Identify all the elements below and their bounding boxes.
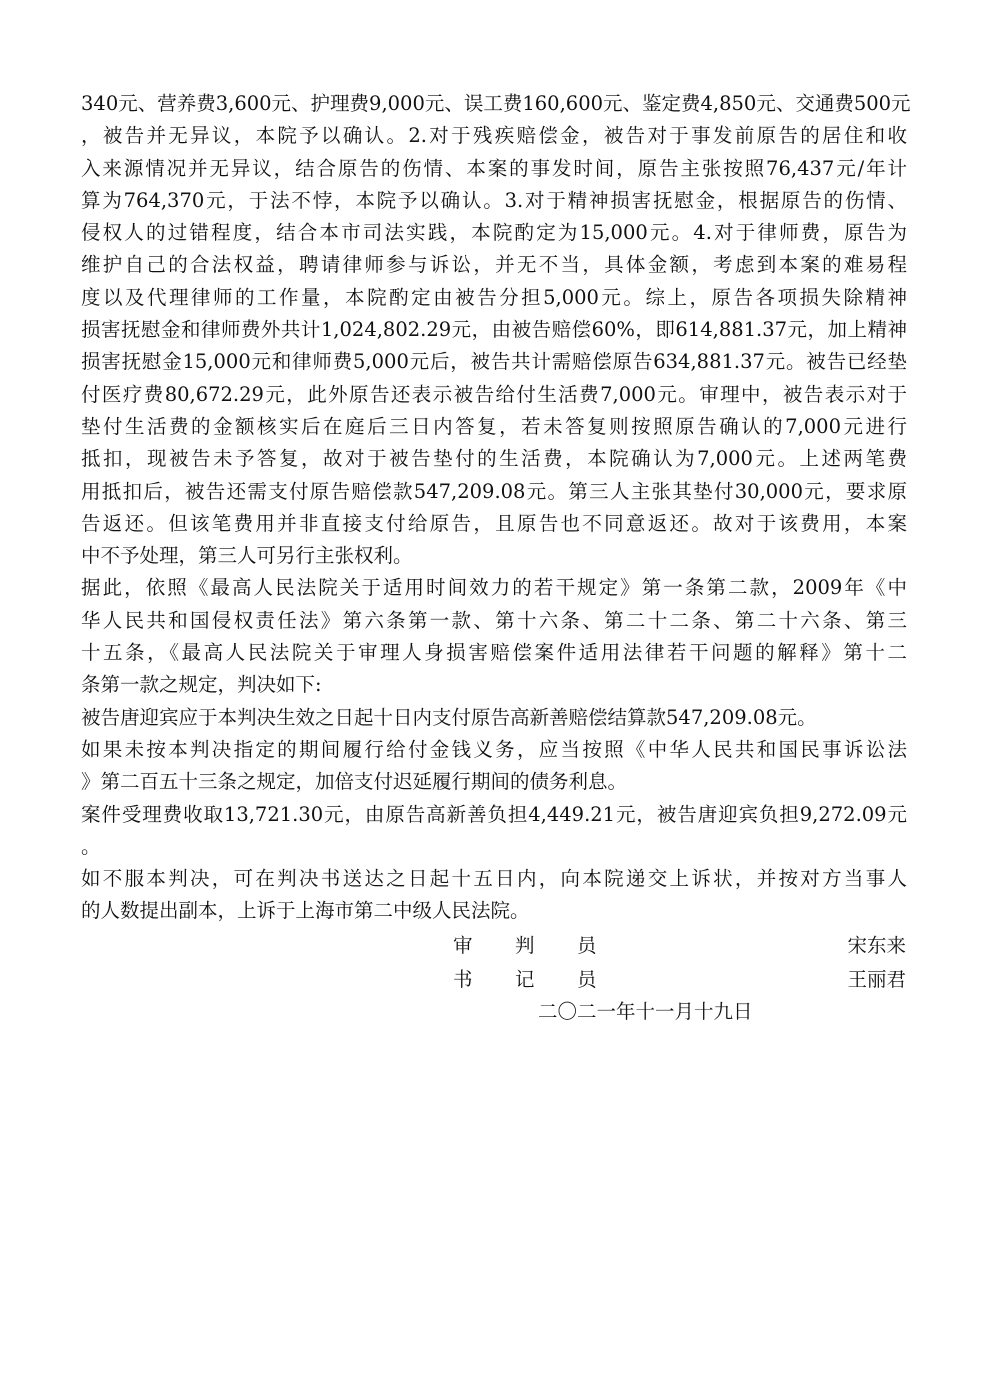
paragraph-line: 用抵扣后，被告还需支付原告赔偿款547,209.08元。第三人主张其垫付30,0…	[81, 476, 907, 508]
paragraph-line: 如不服本判决，可在判决书送达之日起十五日内，向本院递交上诉状，并按对方当事人	[81, 863, 907, 895]
document-body: 340元、营养费3,600元、护理费9,000元、误工费160,600元、鉴定费…	[81, 88, 907, 928]
paragraph-line: 维护自己的合法权益，聘请律师参与诉讼，并无不当，具体金额，考虑到本案的难易程	[81, 249, 907, 281]
paragraph-line: 如果未按本判决指定的期间履行给付金钱义务，应当按照《中华人民共和国民事诉讼法	[81, 734, 907, 766]
paragraph-line: 条第一款之规定，判决如下:	[81, 669, 907, 701]
paragraph-line: 度以及代理律师的工作量，本院酌定由被告分担5,000元。综上，原告各项损失除精神	[81, 282, 907, 314]
paragraph-line: 付医疗费80,672.29元，此外原告还表示被告给付生活费7,000元。审理中，…	[81, 379, 907, 411]
judge-name: 宋东来	[847, 930, 906, 962]
paragraph-line: 案件受理费收取13,721.30元，由原告高新善负担4,449.21元，被告唐迎…	[81, 799, 907, 831]
paragraph-line: 十五条，《最高人民法院关于审理人身损害赔偿案件适用法律若干问题的解释》第十二	[81, 637, 907, 669]
clerk-title-char: 书	[453, 964, 515, 996]
paragraph-line: 算为764,370元，于法不悖，本院予以确认。3.对于精神损害抚慰金，根据原告的…	[81, 185, 907, 217]
paragraph-line: 入来源情况并无异议，结合原告的伤情、本案的事发时间，原告主张按照76,437元/…	[81, 153, 907, 185]
paragraph-line: 垫付生活费的金额核实后在庭后三日内答复，若未答复则按照原告确认的7,000元进行	[81, 411, 907, 443]
judge-title: 审判员	[453, 930, 639, 962]
clerk-title: 书记员	[453, 964, 639, 996]
clerk-title-char: 员	[577, 964, 639, 996]
paragraph-line: 340元、营养费3,600元、护理费9,000元、误工费160,600元、鉴定费…	[81, 88, 907, 120]
paragraph-line: ，被告并无异议，本院予以确认。2.对于残疾赔偿金，被告对于事发前原告的居住和收	[81, 120, 907, 152]
paragraph-line: 侵权人的过错程度，结合本市司法实践，本院酌定为15,000元。4.对于律师费，原…	[81, 217, 907, 249]
judge-title-char: 员	[577, 930, 639, 962]
judge-title-char: 判	[515, 930, 577, 962]
paragraph-line: 据此，依照《最高人民法院关于适用时间效力的若干规定》第一条第二款，2009年《中	[81, 572, 907, 604]
paragraph-line: 中不予处理，第三人可另行主张权利。	[81, 540, 907, 572]
paragraph-line: 》第二百五十三条之规定，加倍支付迟延履行期间的债务利息。	[81, 766, 907, 798]
clerk-name: 王丽君	[847, 964, 906, 996]
paragraph-line: 。	[81, 831, 907, 863]
paragraph-line: 损害抚慰金15,000元和律师费5,000元后，被告共计需赔偿原告634,881…	[81, 346, 907, 378]
clerk-title-char: 记	[515, 964, 577, 996]
paragraph-line: 抵扣，现被告未予答复，故对于被告垫付的生活费，本院确认为7,000元。上述两笔费	[81, 443, 907, 475]
paragraph-line: 告返还。但该笔费用并非直接支付给原告，且原告也不同意返还。故对于该费用，本案	[81, 508, 907, 540]
judgment-line: 被告唐迎宾应于本判决生效之日起十日内支付原告高新善赔偿结算款547,209.08…	[81, 702, 907, 734]
paragraph-line: 损害抚慰金和律师费外共计1,024,802.29元，由被告赔偿60%，即614,…	[81, 314, 907, 346]
paragraph-line: 华人民共和国侵权责任法》第六条第一款、第十六条、第二十二条、第二十六条、第三	[81, 605, 907, 637]
paragraph-line: 的人数提出副本，上诉于上海市第二中级人民法院。	[81, 895, 907, 927]
judge-title-char: 审	[453, 930, 515, 962]
judgment-date: 二〇二一年十一月十九日	[538, 996, 753, 1028]
